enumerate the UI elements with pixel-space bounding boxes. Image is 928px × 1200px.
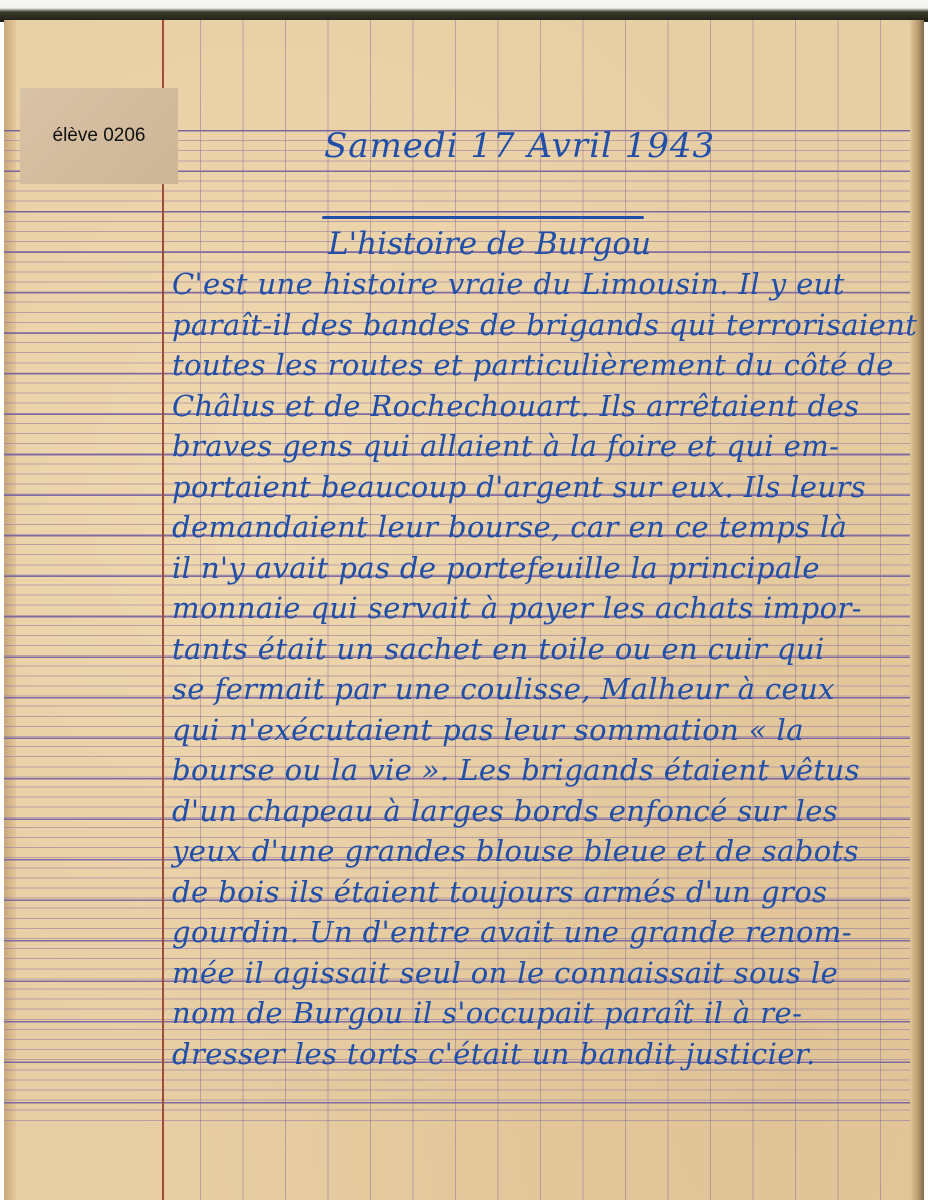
text-line: braves gens qui allaient à la foire et q… — [172, 426, 917, 467]
text-line: tants était un sachet en toile ou en cui… — [172, 629, 917, 670]
date-heading: Samedi 17 Avril 1943 — [324, 126, 715, 166]
text-line: de bois ils étaient toujours armés d'un … — [172, 872, 917, 913]
scanner-top-edge — [0, 0, 928, 22]
text-line: monnaie qui servait à payer les achats i… — [172, 588, 917, 629]
date-underline — [322, 216, 644, 219]
text-line: qui n'exécutaient pas leur sommation « l… — [172, 710, 917, 751]
story-title: L'histoire de Burgou — [328, 226, 651, 262]
text-line: Châlus et de Rochechouart. Ils arrêtaien… — [172, 386, 917, 427]
text-line: toutes les routes et particulièrement du… — [172, 345, 917, 386]
student-id-label: élève 0206 — [20, 88, 178, 184]
text-line: nom de Burgou il s'occupait paraît il à … — [172, 993, 917, 1034]
text-line: yeux d'une grandes blouse bleue et de sa… — [172, 831, 917, 872]
text-line: gourdin. Un d'entre avait une grande ren… — [172, 912, 917, 953]
red-margin-line — [162, 20, 164, 1200]
text-line: portaient beaucoup d'argent sur eux. Ils… — [172, 467, 917, 508]
text-line: paraît-il des bandes de brigands qui ter… — [172, 305, 917, 346]
text-line: dresser les torts c'était un bandit just… — [172, 1034, 917, 1075]
notebook-page: Samedi 17 Avril 1943 L'histoire de Burgo… — [4, 20, 924, 1200]
text-line: mée il agissait seul on le connaissait s… — [172, 953, 917, 994]
text-line: se fermait par une coulisse, Malheur à c… — [172, 669, 917, 710]
handwritten-body: C'est une histoire vraie du Limousin. Il… — [172, 264, 917, 1074]
text-line: d'un chapeau à larges bords enfoncé sur … — [172, 791, 917, 832]
text-line: bourse ou la vie ». Les brigands étaient… — [172, 750, 917, 791]
text-line: demandaient leur bourse, car en ce temps… — [172, 507, 917, 548]
text-line: il n'y avait pas de portefeuille la prin… — [172, 548, 917, 589]
text-line: C'est une histoire vraie du Limousin. Il… — [172, 264, 917, 305]
